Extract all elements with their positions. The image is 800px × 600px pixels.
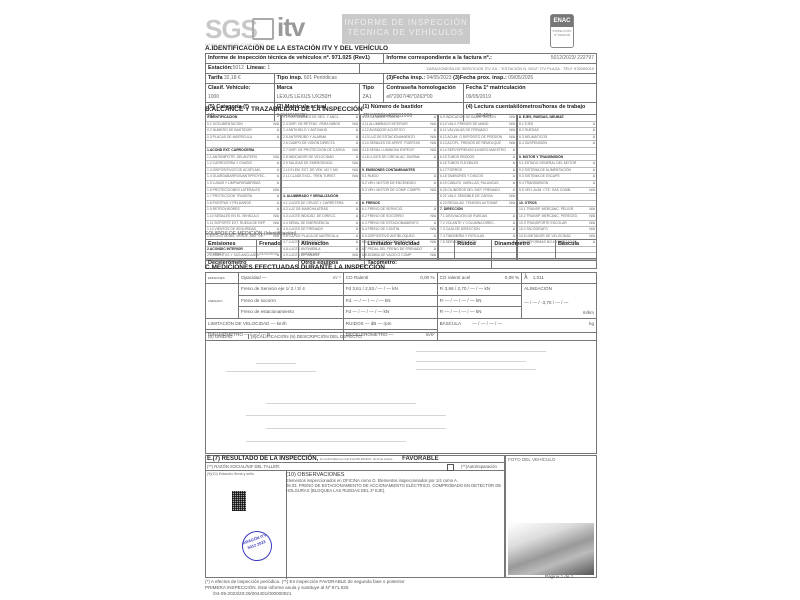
equip-emissions: Emisiones7225047 <box>206 240 257 259</box>
scope-item: 2.10 ELEM. EXT. DE VEH. M2 Y M3N/A <box>282 168 359 175</box>
scope-item <box>518 194 596 201</box>
scope-item: 6.2 FRENO DE SOCORRON/A <box>361 214 437 221</box>
enac-label: ENAC <box>551 15 573 27</box>
result-value: FAVORABLE <box>402 456 439 462</box>
qr-code-icon <box>232 491 246 511</box>
document-title: INFORME DE INSPECCIÓN TÉCNICA DE VEHÍCUL… <box>342 14 470 44</box>
scope-item: 1.6 PROTECCIONES LATERALESN/A <box>206 188 280 195</box>
self-repair-checkbox[interactable] <box>447 464 454 471</box>
scope-item: 2.5 ANTIRROBO Y ALARMAA <box>282 135 359 142</box>
scope-item: 2.7 DISP. DE PROTECCIÓN DE CARGAN/A <box>282 148 359 155</box>
section-a-title: A.IDENTIFICACIÓN DE LA ESTACIÓN ITV Y DE… <box>205 45 388 52</box>
scope-item: 1.5 LUNAS Y LIMPIAPARABRISASA <box>206 181 280 188</box>
footer-code: /04-05-2023/20:29/004401/000000021 <box>213 591 291 596</box>
inspection-dates: (3)Fecha insp.: 04/05/2023 (3)Fecha prox… <box>384 74 597 84</box>
scope-item <box>361 194 437 201</box>
scope-item: 1.4 GUARDABARROS/ANTIPROYEC.A <box>206 174 280 181</box>
service-brake-fi: Fi 3,66 / 2,70 / — / — kN <box>437 284 522 296</box>
scope-item: 6.11 VÁLVULAS DE FRENADON/A <box>439 128 516 135</box>
scope-item: 2.4 ANTIHIELO Y ANTIVAHOA <box>282 128 359 135</box>
tariff-field: Tarifa 32,18 € <box>206 74 275 84</box>
scope-item: 9.4 TRANSMISIÓNA <box>518 181 596 188</box>
observations-text: Elementos inspeccionados en OFICINA como… <box>286 478 504 493</box>
scope-item: 4.14 SEÑALES DE APERT. PUERTASN/A <box>361 141 437 148</box>
defects-header: (6) UNIDAD (8)CALIFICACIÓN (9) DESCRIPCI… <box>206 333 596 340</box>
scope-group-header: 7. DIRECCIÓN <box>439 207 516 214</box>
scope-item: 4.1 LUCES DE CRUCE Y CARRETERAA <box>282 201 359 208</box>
scope-item: 4.11 ALUMBRADO INTERIORN/A <box>361 122 437 129</box>
scope-item: 8.4 SUSPENSIÓNA <box>518 141 596 148</box>
scope-item: 5.3 VEH. MOTOR DE COMP. COMPR.N/A <box>361 188 437 195</box>
scope-item: 6.18 TAMBORES Y DISCOSA <box>439 174 516 181</box>
vehicle-type: TipoZA1 <box>360 84 384 103</box>
scope-item: 6.3 FRENO DE ESTACIONAMIENTOA <box>361 221 437 228</box>
scope-item: 6.22 REGULAD. TENSIÓN AUTOMAT.N/A <box>439 201 516 208</box>
scope-item <box>282 188 359 195</box>
scope-item: 1.3 DISPOSITIVOS DE ACOPLAM.A <box>206 168 280 175</box>
scope-item: 5.2 VEH. MOTOR DE ENCENDIDOA <box>361 181 437 188</box>
result-header: E.(7) RESULTADO DE LA INSPECCIÓN, de con… <box>205 455 505 463</box>
signature-box: (9)(10) Estación: firma y sello ARAGÓN I… <box>206 471 287 579</box>
scope-item: 9.5 VEH. ALIM. CTE. GAS COMB.N/A <box>518 188 596 195</box>
equip-alignment: Alineación20/02/1/12 <box>298 240 364 259</box>
scope-item: 7.2 VOLANTE Y COLUMNA DIREC.A <box>439 221 516 228</box>
scope-item: 10.4 TACÓGRAFON/A <box>518 227 596 234</box>
scope-item: 6.1 FRENO DE SERVICIOA <box>361 207 437 214</box>
scope-item: 2.9 SALIDAS DE EMERGENCIAN/A <box>282 161 359 168</box>
scope-item: 1.7 PROTECCIÓN TRASERAA <box>206 194 280 201</box>
defects-area: (6) UNIDAD (8)CALIFICACIÓN (9) DESCRIPCI… <box>205 332 597 454</box>
col-rating: (8)CALIFICACIÓN <box>248 334 289 339</box>
scope-item: 1.1 ANTIEMPOTR. DELANTERON/A <box>206 155 280 162</box>
scope-item: 6.15 TUBOS RÍGIDOSA <box>439 155 516 162</box>
equip-noise: Ruidos <box>455 240 492 259</box>
scope-item: 6.16 TUBOS FLEXIBLESA <box>439 161 516 168</box>
scope-item: 6.9 INDICADOR DE BAJA PRESIÓNN/A <box>439 115 516 122</box>
page-number: Página 1 de 1 <box>545 574 573 579</box>
scope-item: 8.2 RUEDASA <box>518 128 596 135</box>
equip-dyno: Dinamómetro <box>492 240 556 259</box>
measurements-table: EMISIONES Opacidad — m⁻¹ CO Ralentí0,00 … <box>205 272 597 341</box>
itv-logo: itv <box>277 12 304 43</box>
scope-group-header: 5. EMISIONES CONTAMINANTES <box>361 168 437 175</box>
result-area: E.(7) RESULTADO DE LA INSPECCIÓN, de con… <box>205 455 505 578</box>
scope-item: 7.3 CAJA DE DIRECCIÓNA <box>439 227 516 234</box>
scope-group-header: 10. OTROS <box>518 201 596 208</box>
first-registration: Fecha 1ª matriculación09/05/2019 <box>463 84 596 103</box>
station-field: Estación:5012 Líneas: 1 <box>206 64 360 74</box>
col-description: (9) DESCRIPCIÓN DEL DEFECTO <box>290 334 362 339</box>
vehicle-brand: MarcaLEXUS LEXUS UX250H <box>274 84 360 103</box>
footer-first-insp: PRIMERA INSPECCIÓN. Este informe anula y… <box>205 585 348 590</box>
equipment-title: EQUIPOS DE MEDICIÓN (Identificación) <box>205 231 296 237</box>
title-line-1: INFORME DE INSPECCIÓN <box>342 18 470 28</box>
scope-item <box>361 161 437 168</box>
scope-item: 1.11 SOPORTE EXT. RUEDA DE REP.N/A <box>206 221 280 228</box>
scope-group-header: 8. EJES, RUEDAS, NEUMAT. <box>518 115 596 122</box>
scope-item: 1.8 PUERTAS Y PELDAÑOSA <box>206 201 280 208</box>
photo-label: FOTO DEL VEHÍCULO <box>506 456 596 463</box>
scope-item: 1.9 RETROVISORESA <box>206 207 280 214</box>
homologation: Contraseña homologacióne6*2007/46*0263*0… <box>384 84 464 103</box>
scope-item: 4.12 AVISADOR ACÚSTICOA <box>361 128 437 135</box>
scope-item: 1.2 CARROCERÍA Y CHASISA <box>206 161 280 168</box>
emissions-tag: EMISIONES <box>206 273 239 284</box>
inspection-scope-grid: 0.IDENTIFICACIÓN0.1 DOCUMENTACIÓNN/A0.2 … <box>205 114 597 239</box>
equip-empty <box>492 259 597 269</box>
scope-item: 6.4 FRENO DE CONTIN.N/A <box>361 227 437 234</box>
scope-item: 9.3 SISTEMA DE ESCAPEA <box>518 174 596 181</box>
checkmark-logo-icon <box>252 18 274 40</box>
section-c-title: C.MEDICIONES EFECTUADAS DURANTE LA INSPE… <box>205 264 385 271</box>
scope-item: 4.13 LUZ DE ESTACIONAMIENTON/A <box>361 135 437 142</box>
scope-item: 4.3 LUCES INDICAD. DE DIRECC.A <box>282 214 359 221</box>
parking-brake-label: Freno de estacionamiento <box>238 307 343 319</box>
scope-item: 10.3 TRANSPORTE ESCOLARN/A <box>518 221 596 228</box>
footer-note: (*) A efectos de inspección periódica. (… <box>205 579 405 584</box>
scope-item: 0.3 PLACAS DE MATRÍCULAA <box>206 135 280 142</box>
speed-limit: LIMITACIÓN DE VELOCIDAD — km/h <box>206 319 344 330</box>
scope-item: 6.21 VÁLV. SENSIBLE DE CARGAN/A <box>439 194 516 201</box>
workshop-row: (**) RAZÓN SOCIAL/NIF DEL TALLER: (**)Au… <box>205 463 505 471</box>
parking-brake-fd: Fd — / — / — / — kN <box>343 307 437 319</box>
emergency-brake-fi: Fi — / — / — / — kN <box>437 295 522 307</box>
station-stamp: ARAGÓN ITV 5012 2023 <box>238 527 276 565</box>
scope-item: 2.2 CINTURONES DE SEG. Y ANCL.A <box>282 115 359 122</box>
scope-item: 6.14 SERVOFRENO/CILINDRO MAESTROA <box>439 148 516 155</box>
scope-group-header: 1.ACOND EXT. CARROCERÍA <box>206 148 280 155</box>
scope-item: 6.19 CABLES, VARILLAS, PALANCASA <box>439 181 516 188</box>
scope-item: 6.10 VÁLV. FRENOS DE MANON/A <box>439 122 516 129</box>
service-brake-fd: Fd 3,61 / 2,53 / — / — kN <box>343 284 437 296</box>
scope-item <box>206 141 280 148</box>
noise: RUIDOS — dB — rpm <box>343 319 437 330</box>
inspection-report: SGS itv WHEN YOU NEED TO BE SURE INFORME… <box>205 12 597 597</box>
scope-item: 6.20 CILINDROS DEL SIST. FRENADOA <box>439 188 516 195</box>
equip-brakes: Frenado24/0/29/31 <box>257 240 299 259</box>
emergency-brake-label: Freno de socorro <box>238 295 343 307</box>
scope-item: 2.8 INDICADOR DE VELOCIDADA <box>282 155 359 162</box>
brakes-tag: FRENADO <box>206 284 239 319</box>
scope-item: 6.12 ACUM. O DEPÓSITO DE PRESIÓNN/A <box>439 135 516 142</box>
scope-item: 9.2 SISTEMA DE ALIMENTACIÓNA <box>518 168 596 175</box>
scope-item: 2.6 CAMPO DE VISIÓN DIRECTAA <box>282 141 359 148</box>
enac-badge: ENAC INSPECCIÓN Nº 82/EI109 <box>550 14 574 48</box>
service-brake-label: Freno de Servicio eje 1/ 2 / 3/ 4 <box>238 284 343 296</box>
equip-scale: Báscula <box>555 240 596 259</box>
invoice-field: Informe correspondiente a la factura nº.… <box>384 54 597 64</box>
opacity: Opacidad — m⁻¹ <box>238 273 343 284</box>
vehicle-photo <box>508 523 594 575</box>
scope-item: 2.3 DISP. DE RETENC. PARA NIÑOSN/A <box>282 122 359 129</box>
observations: (10) OBSERVACIONES Elementos inspecciona… <box>286 472 504 493</box>
vehicle-class: Clasif. Vehículo:1000 <box>206 84 275 103</box>
co-accel: CO ralentí acel0,09 % <box>437 273 522 284</box>
sgs-logo: SGS <box>205 14 257 45</box>
scope-item: 0.1 DOCUMENTACIÓNN/A <box>206 122 280 129</box>
equip-speed-limiter: Limitador Velocidad <box>365 240 455 259</box>
scope-group-header: 6. FRENOS <box>361 201 437 208</box>
enac-sub: INSPECCIÓN Nº 82/EI109 <box>551 27 573 37</box>
scope-item: 10.2 TRANSP. MERCANC. PERECED.N/A <box>518 214 596 221</box>
alignment-measure: ALINEACIÓN— / — / -3,70 / — / —m/km <box>522 284 597 319</box>
scope-item: 8.1 EJESA <box>518 122 596 129</box>
company-info: ZARAGONESA DE SERVICIOS ITV SA - "ESTACI… <box>360 64 597 74</box>
title-line-2: TÉCNICA DE VEHÍCULOS <box>342 28 470 38</box>
col-unit: (6) UNIDAD <box>208 334 233 339</box>
scope-item: 2.11 CLASE EXCL. TREN TURIST.N/A <box>282 174 359 181</box>
scope-item: 4.4 SEÑAL DE EMERGENCIAA <box>282 221 359 228</box>
scope-item: 8.3 NEUMÁTICOSA <box>518 135 596 142</box>
scope-item: 0.2 NÚMERO DE BASTIDORA <box>206 128 280 135</box>
scope-item: 7.1 DESVIACIÓN DE RUEDASA <box>439 214 516 221</box>
scope-group-header: 9. MOTOR Y TRANSMISIÓN <box>518 155 596 162</box>
vehicle-photo-box: FOTO DEL VEHÍCULO <box>505 455 597 578</box>
scope-item: 6.13 ACOPL. FRENOS DE REMOLQUEN/A <box>439 141 516 148</box>
scope-item <box>282 181 359 188</box>
scope-item: 10.1 TRANSP. MERCANC. PELIGR.N/A <box>518 207 596 214</box>
scope-item: 4.16 LUCES DE CIRCULAC. DIURNAA <box>361 155 437 162</box>
scope-item: 9.1 ESTADO GENERAL DEL MOTORA <box>518 161 596 168</box>
signature-observations: (9)(10) Estación: firma y sello ARAGÓN I… <box>205 471 505 578</box>
lambda: λ 1,011 <box>522 273 597 284</box>
scope-item: 4.2 LUZ DE MARCHA ATRÁSA <box>282 207 359 214</box>
report-number: Informe de inspección técnica de vehícul… <box>206 54 384 64</box>
scope-item <box>518 148 596 155</box>
emergency-brake-fd: Fd. — / — / — / — kN <box>343 295 437 307</box>
scope-group-header: 0.IDENTIFICACIÓN <box>206 115 280 122</box>
scope-item: 4.10 CATADIÓPTRICOSA <box>361 115 437 122</box>
section-b-title: B.ALCANCE Y TRAZABILIDAD DE LA INSPECCIÓ… <box>205 106 363 113</box>
scope-item: 4.15 SEÑAL LUMINOSA ESPECIF.N/A <box>361 148 437 155</box>
scope-item: 6.17 FORROSA <box>439 168 516 175</box>
scope-group-header: 4. ALUMBRADO Y SEÑALIZACIÓN <box>282 194 359 201</box>
co-idle: CO Ralentí0,00 % <box>343 273 437 284</box>
inspection-type-field: Tipo insp. 601 Periódicas <box>274 74 384 84</box>
scope-item: 1.10 SEÑALES EN EL VEHÍCULON/A <box>206 214 280 221</box>
parking-brake-fi: Fi — / — / — / — kN <box>437 307 522 319</box>
scope-item: 5.1 RUIDOA <box>361 174 437 181</box>
